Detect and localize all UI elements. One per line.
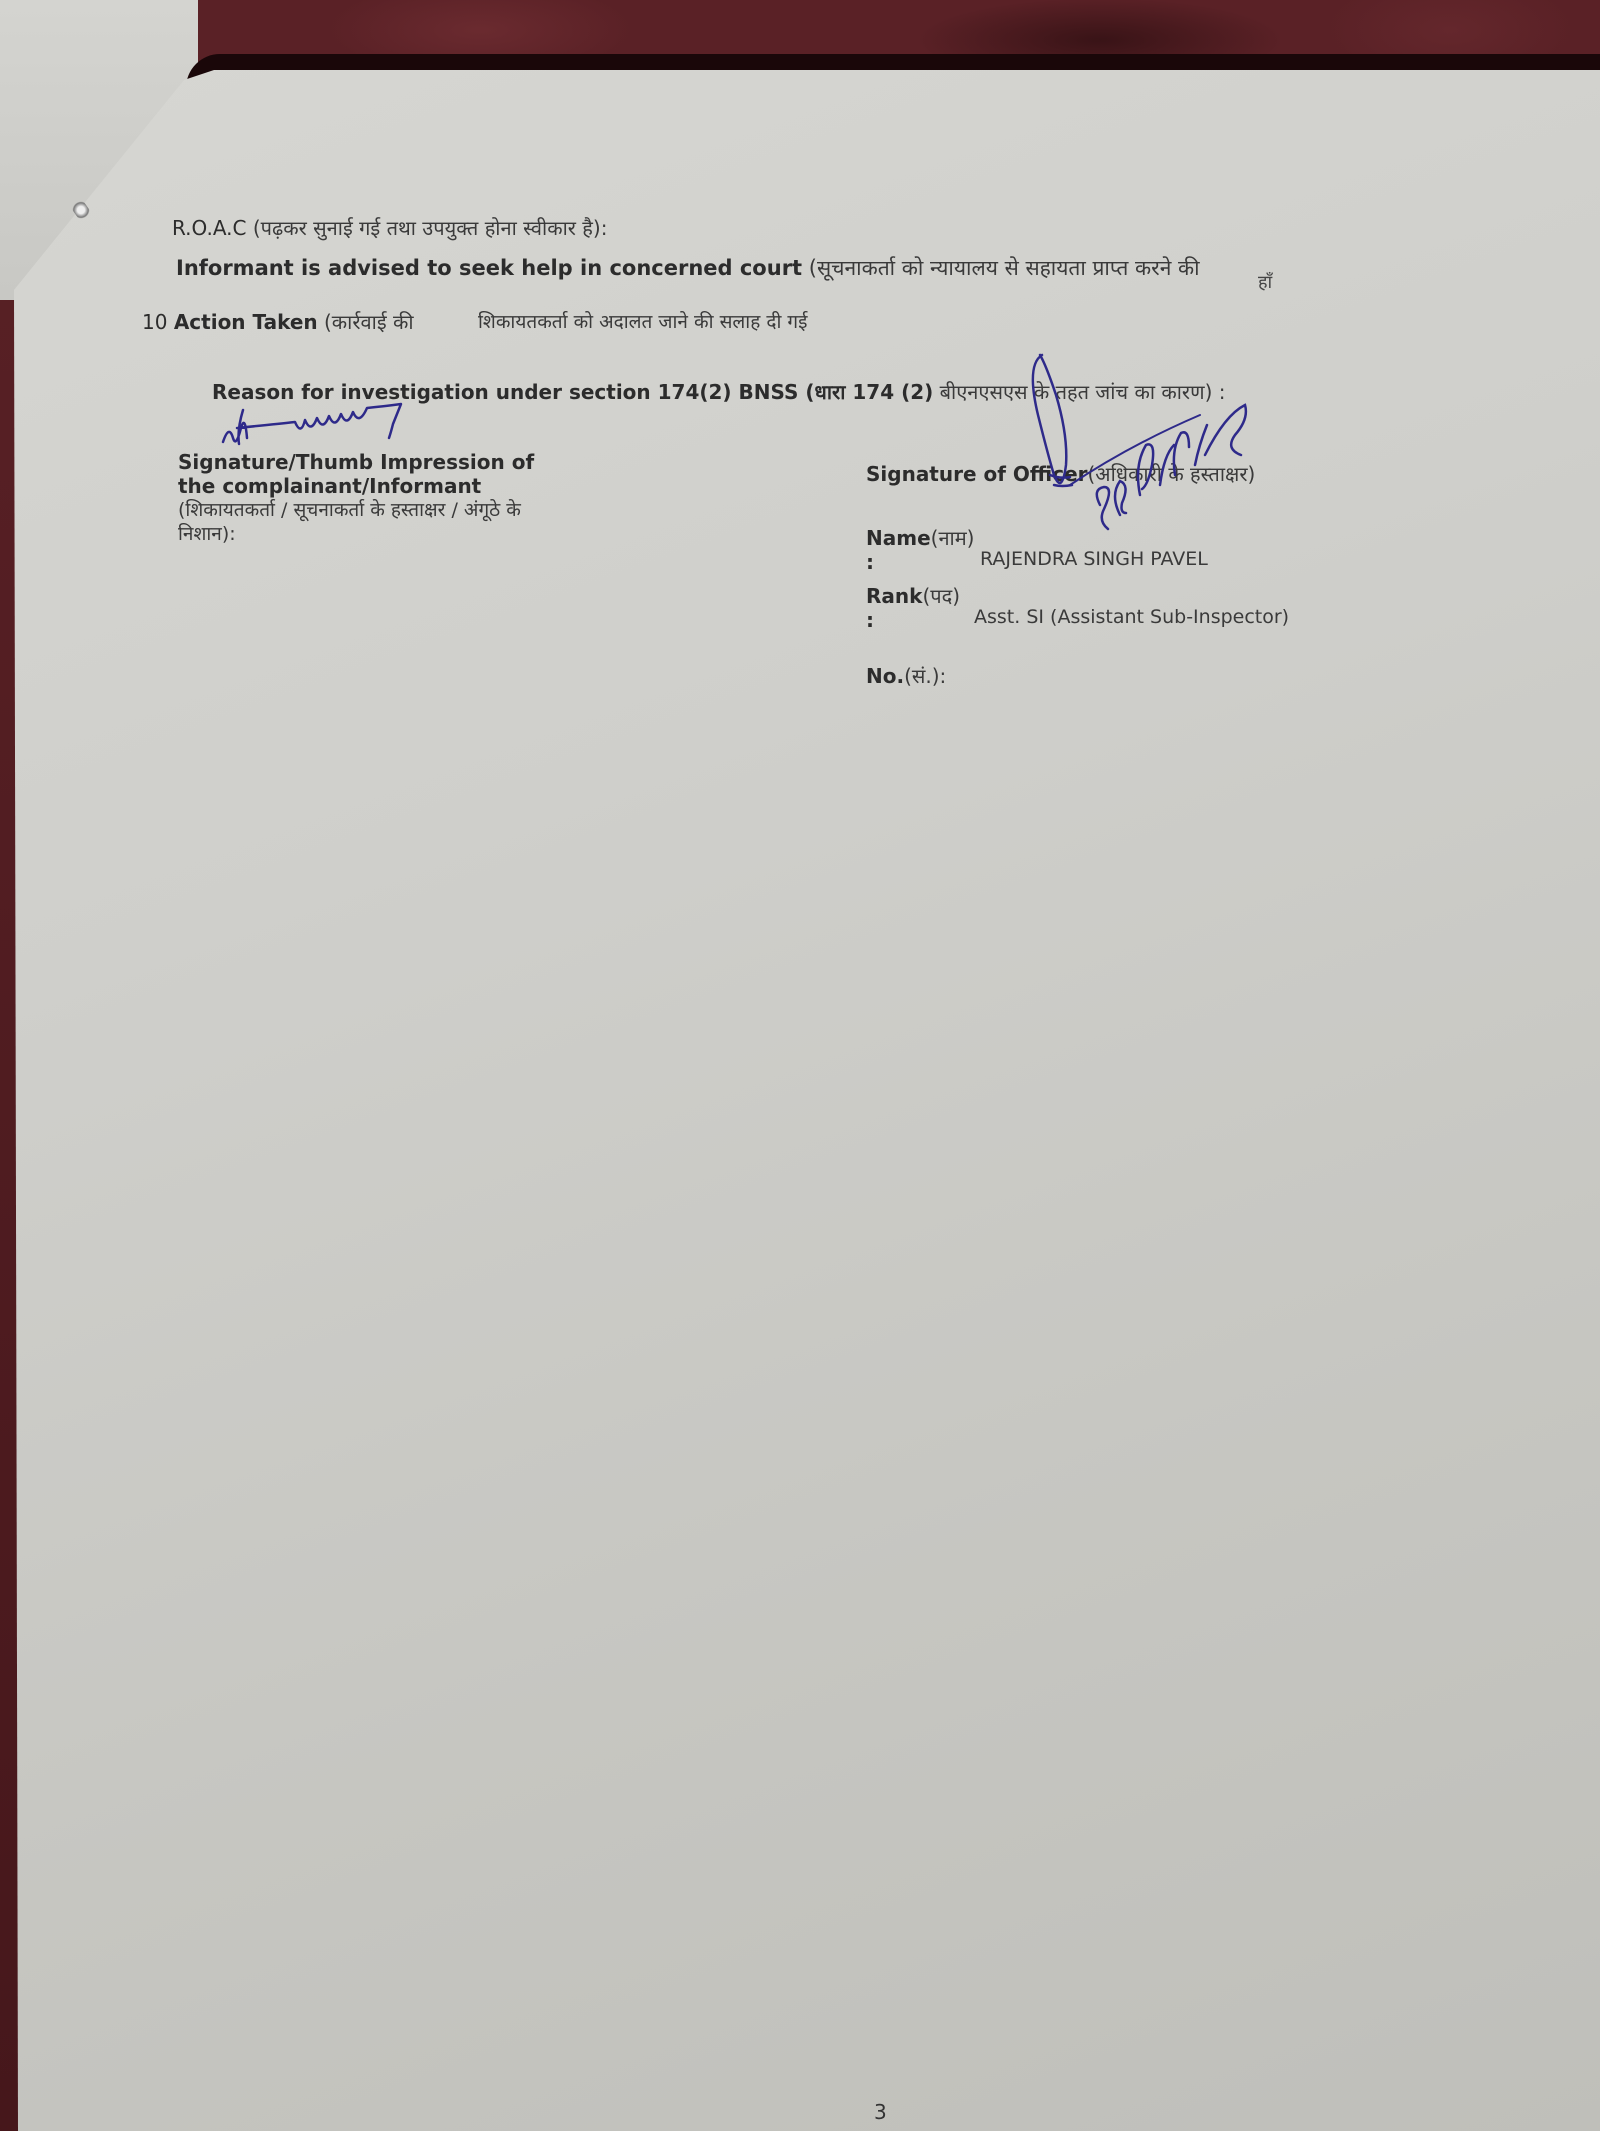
action-taken-line: 10 Action Taken (कार्रवाई की	[142, 308, 414, 335]
action-number: 10	[142, 310, 167, 334]
complainant-signature-block: Signature/Thumb Impression of the compla…	[178, 450, 534, 546]
reason-hindi-num: 174 (2)	[852, 380, 933, 404]
action-taken-label: Action Taken	[174, 310, 318, 334]
officer-no-label: No.	[866, 664, 904, 688]
complainant-handwritten-signature	[215, 400, 475, 460]
officer-name-label-line: Name(नाम)	[866, 524, 975, 551]
informant-advice-value: हाँ	[1258, 270, 1272, 294]
complainant-sig-hindi1: (शिकायतकर्ता / सूचनाकर्ता के हस्ताक्षर /…	[178, 498, 534, 522]
officer-name-label: Name	[866, 526, 931, 550]
roac-line: R.O.A.C (पढ़कर सुनाई गई तथा उपयुक्त होना…	[172, 214, 607, 241]
informant-advice-label: Informant is advised to seek help in con…	[176, 256, 802, 280]
complainant-sig-line2: the complainant/Informant	[178, 474, 534, 498]
reason-hindi-prefix: (धारा	[798, 380, 852, 404]
action-taken-hindi: (कार्रवाई की	[318, 310, 414, 334]
officer-no-line: No.(सं.):	[866, 662, 946, 689]
officer-rank-label-line: Rank(पद)	[866, 582, 960, 609]
officer-rank-value: Asst. SI (Assistant Sub-Inspector)	[974, 606, 1289, 628]
officer-rank-hindi: (पद)	[922, 584, 960, 608]
officer-no-hindi: (सं.):	[904, 664, 946, 688]
complainant-sig-hindi2: निशान):	[178, 522, 534, 546]
officer-handwritten-signature	[1030, 355, 1280, 555]
officer-name-colon: :	[866, 550, 874, 574]
action-taken-value: शिकायतकर्ता को अदालत जाने की सलाह दी गई	[478, 308, 807, 334]
roac-hindi: (पढ़कर सुनाई गई तथा उपयुक्त होना स्वीकार…	[246, 216, 607, 240]
officer-rank-label: Rank	[866, 584, 922, 608]
page-number: 3	[874, 2100, 887, 2124]
roac-label: R.O.A.C	[172, 216, 246, 240]
informant-advice-line: Informant is advised to seek help in con…	[176, 254, 1200, 282]
officer-rank-colon: :	[866, 608, 874, 632]
informant-advice-hindi: (सूचनाकर्ता को न्यायालय से सहायता प्राप्…	[802, 256, 1200, 280]
officer-name-hindi: (नाम)	[931, 526, 975, 550]
